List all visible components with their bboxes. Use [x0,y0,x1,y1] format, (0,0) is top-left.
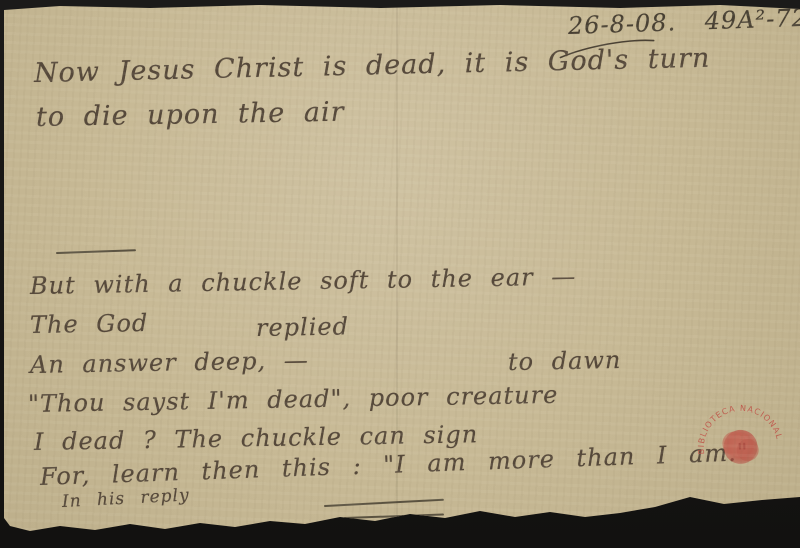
poem-line-3: But with a chuckle soft to the ear — [30,262,577,300]
section-divider [56,249,136,254]
poem-line-4-right: replied [256,312,349,342]
manuscript-paper: 26-8-08. 49A²-72 Now Jesus Christ is dea… [0,0,800,548]
poem-line-6: "Thou sayst I'm dead", poor creature [28,381,559,418]
library-stamp: BIBLIOTECA NACIONAL [682,387,798,503]
scanned-manuscript: 26-8-08. 49A²-72 Now Jesus Christ is dea… [0,0,800,548]
catalog-number: 49A²-72 [704,4,800,36]
stamp-seal [720,426,762,468]
end-mark-line-top [324,499,444,507]
poem-line-5-right: to dawn [508,346,622,376]
poem-line-1: Now Jesus Christ is dead, it is God's tu… [34,43,711,89]
poem-line-4-left: The God [30,309,149,339]
end-mark-line-bottom [344,514,444,519]
poem-line-5-left: An answer deep, — [30,346,309,379]
archival-date: 26-8-08. [568,8,677,40]
archival-annotation: 26-8-08. 49A²-72 [568,4,800,40]
poem-line-2: to die upon the air [36,97,345,133]
